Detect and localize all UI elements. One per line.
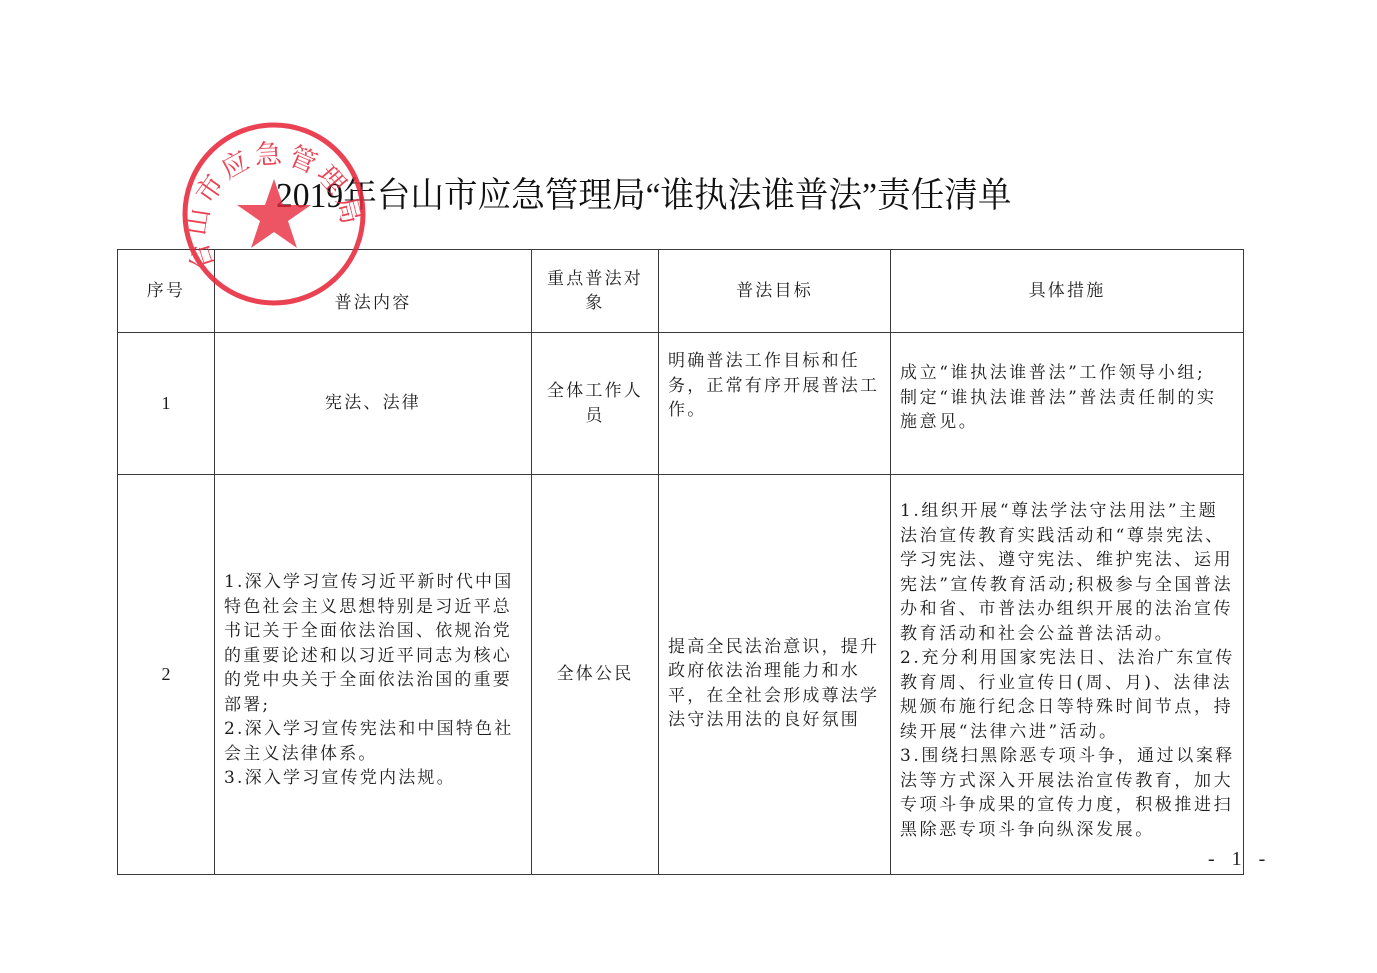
header-index: 序号 bbox=[118, 250, 215, 333]
measures-line: 学习宪法、遵守宪法、维护宪法、运用 bbox=[900, 548, 1237, 573]
table-row: 2 1.深入学习宣传习近平新时代中国 特色社会主义思想特别是习近平总 书记关于全… bbox=[118, 475, 1244, 875]
target-line: 全体公民 bbox=[532, 662, 658, 687]
measures-line: 黑除恶专项斗争向纵深发展。 bbox=[900, 818, 1237, 843]
measures-line: 专项斗争成果的宣传力度，积极推进扫 bbox=[900, 793, 1237, 818]
header-content-label: 普法内容 bbox=[335, 291, 412, 316]
measures-line: 成立“谁执法谁普法”工作领导小组; bbox=[900, 361, 1237, 386]
measures-line: 制定“谁执法谁普法”普法责任制的实 bbox=[900, 386, 1237, 411]
header-measures: 具体措施 bbox=[891, 250, 1244, 333]
measures-line: 宪法”宣传教育活动;积极参与全国普法 bbox=[900, 573, 1237, 598]
cell-index: 2 bbox=[118, 475, 215, 875]
table-header-row: 序号 普法内容 重点普法对 象 普法目标 具体措施 bbox=[118, 250, 1244, 333]
content-line: 部署; bbox=[224, 693, 525, 718]
content-line: 2.深入学习宣传宪法和中国特色社 bbox=[224, 717, 525, 742]
row-index: 1 bbox=[162, 393, 171, 413]
measures-line: 施意见。 bbox=[900, 410, 1237, 435]
measures-line: 1.组织开展“尊法学法守法用法”主题 bbox=[900, 499, 1237, 524]
table-row: 1 宪法、法律 全体工作人 员 明确普法工作目标和任 务，正常有序开展普法工 作… bbox=[118, 333, 1244, 475]
goal-line: 作。 bbox=[668, 398, 884, 423]
cell-content: 宪法、法律 bbox=[215, 333, 532, 475]
target-line: 全体工作人 bbox=[532, 379, 658, 404]
cell-measures: 成立“谁执法谁普法”工作领导小组; 制定“谁执法谁普法”普法责任制的实 施意见。 bbox=[891, 333, 1244, 475]
measures-line: 3.围绕扫黑除恶专项斗争，通过以案释 bbox=[900, 744, 1237, 769]
target-line: 员 bbox=[532, 404, 658, 429]
measures-line: 办和省、市普法办组织开展的法治宣传 bbox=[900, 597, 1237, 622]
goal-line: 平，在全社会形成尊法学 bbox=[668, 684, 884, 709]
cell-goal: 明确普法工作目标和任 务，正常有序开展普法工 作。 bbox=[659, 333, 891, 475]
goal-line: 明确普法工作目标和任 bbox=[668, 349, 884, 374]
measures-line: 法等方式深入开展法治宣传教育，加大 bbox=[900, 769, 1237, 794]
measures-line: 教育活动和社会公益普法活动。 bbox=[900, 622, 1237, 647]
header-goal-label: 普法目标 bbox=[736, 281, 813, 301]
header-content: 普法内容 bbox=[215, 250, 532, 333]
measures-line: 续开展“法律六进”活动。 bbox=[900, 720, 1237, 745]
content-line: 的党中央关于全面依法治国的重要 bbox=[224, 668, 525, 693]
cell-content: 1.深入学习宣传习近平新时代中国 特色社会主义思想特别是习近平总 书记关于全面依… bbox=[215, 475, 532, 875]
responsibility-table: 序号 普法内容 重点普法对 象 普法目标 具体措施 1 宪法、法律 bbox=[117, 249, 1244, 875]
cell-target: 全体工作人 员 bbox=[532, 333, 659, 475]
goal-line: 务，正常有序开展普法工 bbox=[668, 374, 884, 399]
header-index-label: 序号 bbox=[147, 281, 185, 301]
header-target-line: 重点普法对 bbox=[532, 267, 658, 292]
cell-target: 全体公民 bbox=[532, 475, 659, 875]
measures-line: 法治宣传教育实践活动和“尊崇宪法、 bbox=[900, 524, 1237, 549]
header-measures-label: 具体措施 bbox=[1029, 281, 1106, 301]
cell-goal: 提高全民法治意识，提升 政府依法治理能力和水 平，在全社会形成尊法学 法守法用法… bbox=[659, 475, 891, 875]
content-line: 的重要论述和以习近平同志为核心 bbox=[224, 644, 525, 669]
page-title: 2019年台山市应急管理局“谁执法谁普法”责任清单 bbox=[276, 168, 1011, 218]
content-line: 3.深入学习宣传党内法规。 bbox=[224, 766, 525, 791]
cell-index: 1 bbox=[118, 333, 215, 475]
content-line: 特色社会主义思想特别是习近平总 bbox=[224, 595, 525, 620]
goal-line: 政府依法治理能力和水 bbox=[668, 659, 884, 684]
measures-line: 规颁布施行纪念日等特殊时间节点，持 bbox=[900, 695, 1237, 720]
content-line: 1.深入学习宣传习近平新时代中国 bbox=[224, 570, 525, 595]
header-target-line: 象 bbox=[532, 291, 658, 316]
measures-line: 2.充分利用国家宪法日、法治广东宣传 bbox=[900, 646, 1237, 671]
content-line: 书记关于全面依法治国、依规治党 bbox=[224, 619, 525, 644]
measures-line: 教育周、行业宣传日(周、月)、法律法 bbox=[900, 671, 1237, 696]
content-line: 宪法、法律 bbox=[215, 391, 531, 416]
header-goal: 普法目标 bbox=[659, 250, 891, 333]
row-index: 2 bbox=[162, 664, 171, 684]
content-line: 会主义法律体系。 bbox=[224, 742, 525, 767]
header-target: 重点普法对 象 bbox=[532, 250, 659, 333]
goal-line: 提高全民法治意识，提升 bbox=[668, 635, 884, 660]
goal-line: 法守法用法的良好氛围 bbox=[668, 708, 884, 733]
cell-measures: 1.组织开展“尊法学法守法用法”主题 法治宣传教育实践活动和“尊崇宪法、 学习宪… bbox=[891, 475, 1244, 875]
